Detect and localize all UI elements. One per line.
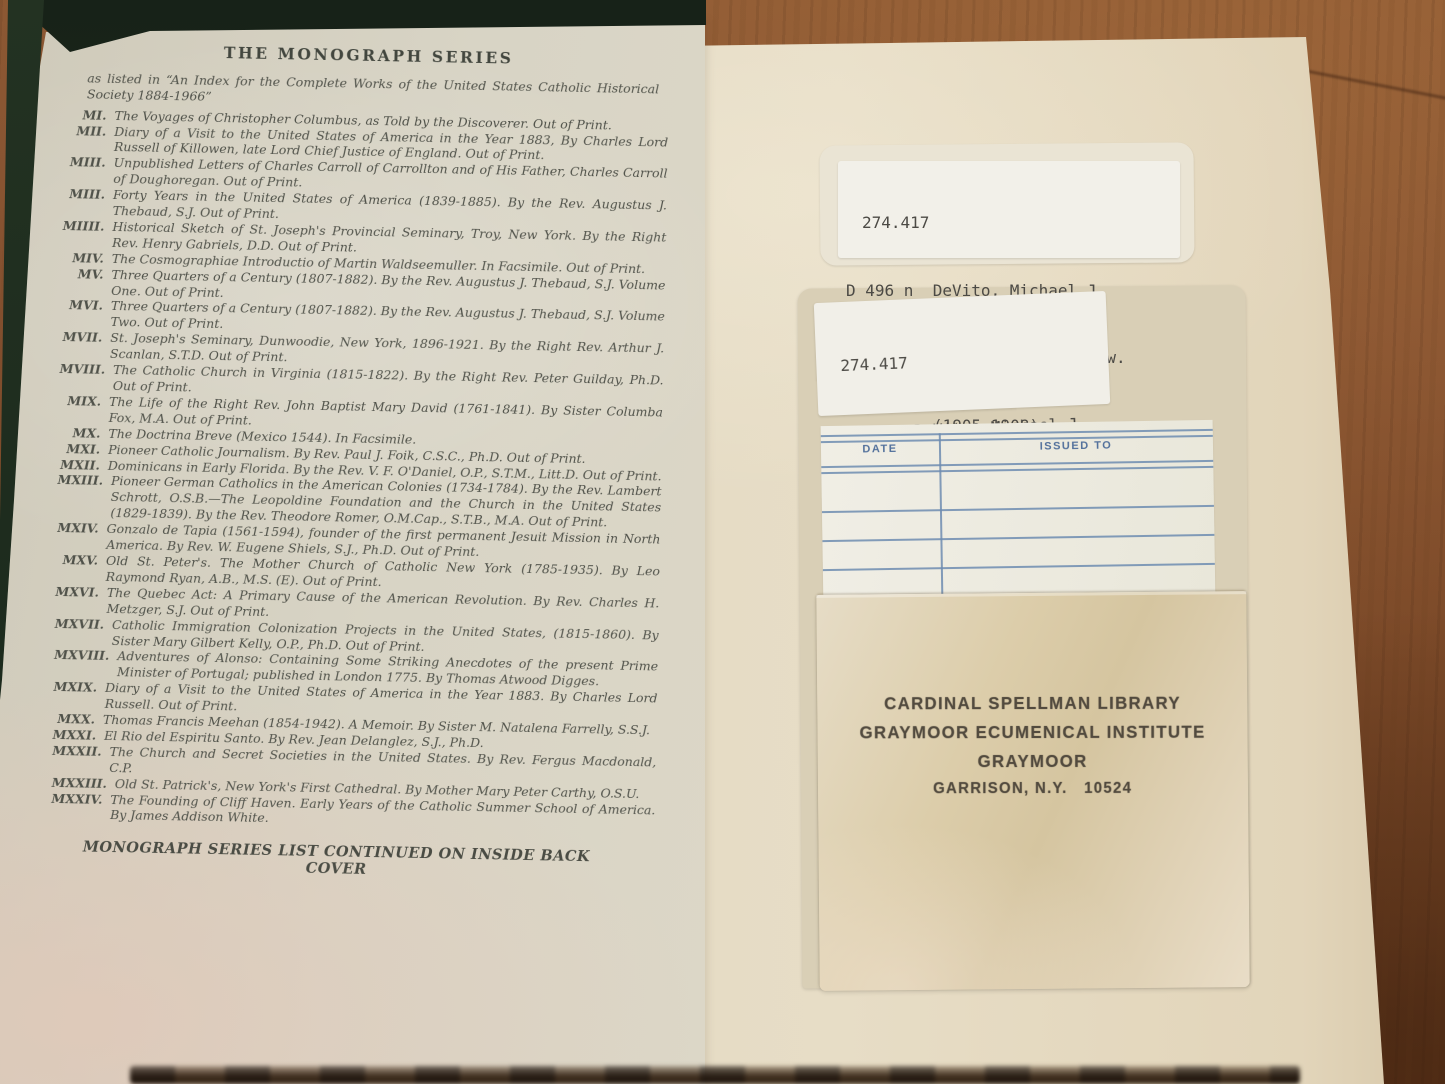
monograph-items: MI. The Voyages of Christopher Columbus,… — [51, 107, 669, 834]
card-column-divider — [939, 433, 943, 602]
card-rule-line — [822, 534, 1214, 542]
page-bottom-shadow — [130, 1066, 1300, 1084]
book-pocket: CARDINAL SPELLMAN LIBRARY GRAYMOOR ECUME… — [816, 591, 1249, 991]
page-subtitle: as listed in “An Index for the Complete … — [87, 70, 660, 113]
stamp-place-name: GRAYMOOR — [826, 751, 1239, 773]
item-number: MXII. — [58, 456, 108, 473]
item-number: MIX. — [59, 393, 110, 426]
card-rule-line — [821, 466, 1213, 474]
item-number: MI. — [64, 107, 114, 124]
item-number: MXI. — [58, 441, 108, 458]
call-number: 274.417 — [840, 344, 1109, 378]
issued-to-column-header: ISSUED TO — [939, 438, 1213, 458]
item-number: MXIII. — [57, 472, 111, 521]
card-rule-line — [822, 505, 1214, 513]
item-number: MXVII. — [54, 615, 112, 648]
item-number: MXXIV. — [51, 790, 111, 823]
item-number: MXV. — [56, 552, 107, 585]
item-number: MV. — [61, 266, 112, 299]
item-number: MXXIII. — [52, 775, 115, 792]
call-number-label-top: 274.417 D 496 n DeVito, Michael J. The N… — [838, 161, 1180, 258]
item-number: MVIII. — [59, 361, 113, 394]
item-number: MXVI. — [55, 584, 107, 617]
item-number: MVI. — [60, 297, 111, 330]
stamp-institute-name: GRAYMOOR ECUMENICAL INSTITUTE — [826, 722, 1239, 744]
open-book-photo: THE MONOGRAPH SERIES as listed in “An In… — [0, 0, 1445, 1084]
date-column-header: DATE — [821, 442, 939, 460]
item-number: MIII. — [63, 186, 114, 219]
monograph-series-list: THE MONOGRAPH SERIES as listed in “An In… — [50, 40, 670, 884]
item-number: MXIV. — [56, 520, 107, 553]
item-number: MIV. — [62, 250, 112, 267]
library-stamp: CARDINAL SPELLMAN LIBRARY GRAYMOOR ECUME… — [826, 693, 1239, 799]
item-number: MIIII. — [62, 218, 113, 251]
item-number: MIII. — [63, 154, 114, 187]
item-number: MXVIII. — [54, 647, 118, 680]
call-number-label-bottom: 274.417 D 496 n DeVito, Michael J. The N… — [814, 291, 1110, 416]
item-number: MII. — [64, 122, 115, 155]
item-number: MX. — [58, 425, 108, 442]
item-number: MXX. — [53, 711, 103, 728]
item-number: MVII. — [60, 329, 111, 362]
call-number: 274.417 — [862, 212, 1180, 235]
item-number: MXXII. — [52, 743, 110, 776]
item-number: MXXI. — [53, 727, 105, 744]
stamp-address-line: GARRISON, N.Y. 10524 — [826, 780, 1239, 799]
stamp-library-name: CARDINAL SPELLMAN LIBRARY — [826, 693, 1239, 715]
date-issued-card: DATE ISSUED TO — [821, 420, 1216, 604]
item-number: MXIX. — [53, 679, 105, 712]
card-rule-line — [823, 563, 1215, 571]
